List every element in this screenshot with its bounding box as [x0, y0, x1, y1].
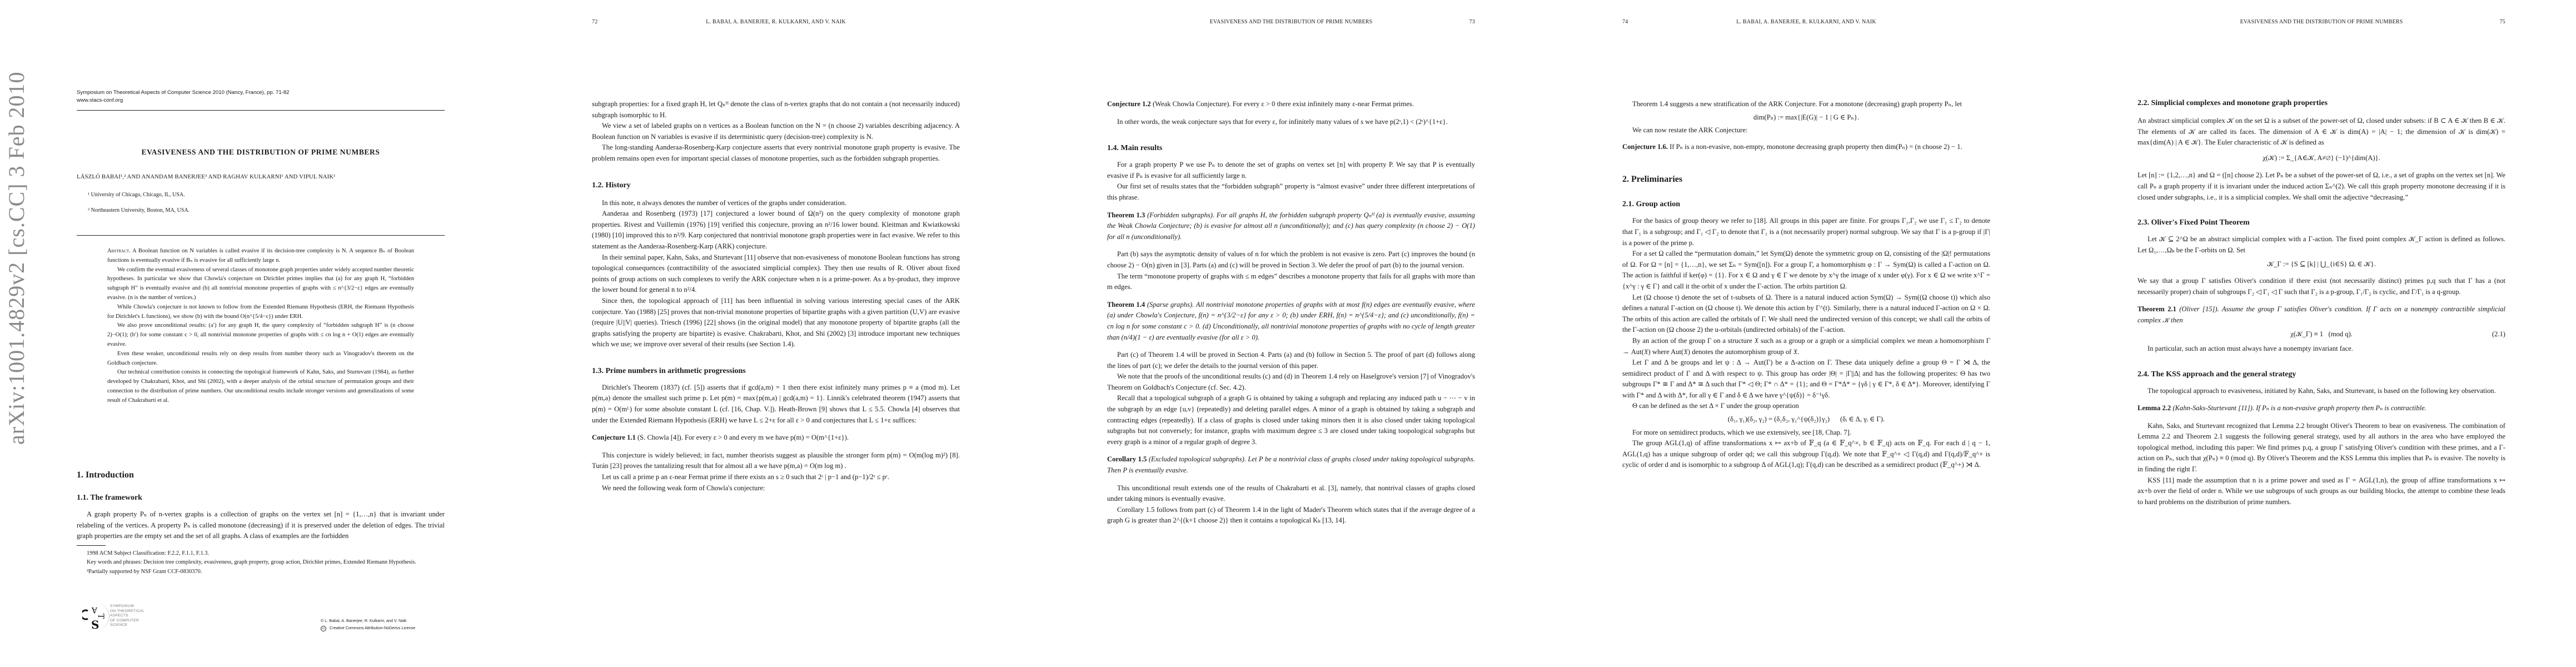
- paragraph: Recall that a topological subgraph of a …: [1107, 393, 1475, 447]
- cc-icon: cc: [321, 626, 326, 631]
- page-3-body: Conjecture 1.2 (Weak Chowla Conjecture).…: [1107, 99, 1475, 526]
- subsection-heading: 1.2. History: [592, 181, 960, 190]
- paragraph: The topological approach to evasiveness,…: [2137, 386, 2505, 397]
- paragraph: In particular, such an action must alway…: [2137, 344, 2505, 355]
- running-head-title: L. BABAI, A. BANERJEE, R. KULKARNI, AND …: [592, 19, 960, 25]
- venue-line: Symposium on Theoretical Aspects of Comp…: [77, 89, 290, 97]
- paragraph: We note that the proofs of the unconditi…: [1107, 371, 1475, 393]
- paragraph: In other words, the weak conjecture says…: [1107, 117, 1475, 128]
- page-5: EVASIVENESS AND THE DISTRIBUTION OF PRIM…: [2061, 0, 2576, 667]
- fixed-point-equation: 𝒦_Γ := {S ⊆ [k] | ⋃_{i∈S} Ωᵢ ∈ 𝒦}.: [2137, 259, 2505, 270]
- conjecture-1-6: Conjecture 1.6. If Pₙ is a non-evasive, …: [1622, 142, 1990, 153]
- corollary-1-5: Corollary 1.5 (Excluded topological subg…: [1107, 454, 1475, 476]
- paragraph: In this note, n always denotes the numbe…: [592, 198, 960, 209]
- paragraph: Let [n] := {1,2,…,n} and Ω = ([n] choose…: [2137, 170, 2505, 203]
- paragraph: Theorem 1.4 suggests a new stratificatio…: [1622, 99, 1990, 110]
- abstract-para-1: A Boolean function on N variables is cal…: [107, 248, 414, 263]
- paragraph: The group AGL(1,q) of affine transformat…: [1622, 438, 1990, 471]
- paragraph: Since then, the topological approach of …: [592, 296, 960, 350]
- subsection-heading: 1.4. Main results: [1107, 144, 1475, 153]
- paragraph: Dirichlet's Theorem (1837) (cf. [5]) ass…: [592, 382, 960, 426]
- abstract-para-4: We also prove unconditional results: (a′…: [107, 321, 414, 349]
- stacs-logo-icon: A T S: [82, 603, 109, 630]
- paragraph: Θ can be defined as the set Δ × Γ under …: [1622, 401, 1990, 412]
- subsection-heading: 1.1. The framework: [77, 494, 445, 502]
- abstract-label: Abstract.: [107, 248, 131, 254]
- paragraph: We need the following weak form of Chowl…: [592, 483, 960, 494]
- section-heading: 2. Preliminaries: [1622, 175, 1990, 185]
- license-line[interactable]: ccCreative Commons Attribution-NoDerivs …: [321, 624, 415, 631]
- paragraph: We say that a group Γ satisfies Oliver's…: [2137, 276, 2505, 297]
- running-head-title: EVASIVENESS AND THE DISTRIBUTION OF PRIM…: [1107, 19, 1475, 25]
- paragraph: This conjecture is widely believed; in f…: [592, 450, 960, 472]
- subsection-heading: 2.1. Group action: [1622, 200, 1990, 209]
- paragraph: For the basics of group theory we refer …: [1622, 216, 1990, 248]
- paragraph: For more on semidirect products, which w…: [1622, 427, 1990, 439]
- abstract-para-6: Our technical contribution consists in c…: [107, 368, 414, 405]
- page-1: arXiv:1001.4829v2 [cs.CC] 3 Feb 2010 Sym…: [0, 0, 515, 667]
- paragraph: The long-standing Aanderaa-Rosenberg-Kar…: [592, 142, 960, 164]
- subsection-heading: 2.2. Simplicial complexes and monotone g…: [2137, 99, 2505, 108]
- arxiv-stamp: arXiv:1001.4829v2 [cs.CC] 3 Feb 2010: [3, 71, 29, 445]
- paragraph: Let us call a prime p an ε-near Fermat p…: [592, 472, 960, 483]
- paragraph: Let 𝒦 ⊆ 2^Ω be an abstract simplicial co…: [2137, 234, 2505, 256]
- copyright-block: © L. Babai, A. Banerjee, R. Kulkarni, an…: [321, 617, 415, 631]
- paragraph: We can now restate the ARK Conjecture:: [1622, 125, 1990, 136]
- paragraph: Corollary 1.5 follows from part (c) of T…: [1107, 505, 1475, 526]
- section-heading: 1. Introduction: [77, 470, 445, 480]
- running-head-title: L. BABAI, A. BANERJEE, R. KULKARNI, AND …: [1622, 19, 1990, 25]
- svg-text:S: S: [91, 618, 99, 631]
- subsection-heading: 2.4. The KSS approach and the general st…: [2137, 370, 2505, 379]
- stacs-logo-text: SYMPOSIUM ON THEORETICAL ASPECTS OF COMP…: [110, 604, 145, 628]
- framework-paragraph: A graph property Pₙ of n-vertex graphs i…: [77, 509, 445, 542]
- conjecture-1-2: Conjecture 1.2 (Weak Chowla Conjecture).…: [1107, 99, 1475, 110]
- venue-header: Symposium on Theoretical Aspects of Comp…: [77, 89, 290, 104]
- footnote-rule: [77, 545, 106, 546]
- abstract-top-rule: [77, 235, 445, 236]
- theorem-2-1-equation: χ(𝒦_Γ) ≡ 1 (mod q). (2.1): [2137, 329, 2505, 340]
- paragraph: Aanderaa and Rosenberg (1973) [17] conje…: [592, 208, 960, 252]
- paragraph: Let Γ and Δ be groups and let ψ : Δ → Au…: [1622, 357, 1990, 401]
- equation-number: (2.1): [2492, 329, 2505, 340]
- footnote-keywords: Key words and phrases: Decision tree com…: [77, 558, 445, 568]
- abstract-para-5: Even these weaker, unconditional results…: [107, 350, 414, 369]
- copyright-line: © L. Babai, A. Banerjee, R. Kulkarni, an…: [321, 617, 415, 624]
- stacs-logo: A T S SYMPOSIUM ON THEORETICAL ASPECTS O…: [82, 603, 193, 632]
- paragraph: The term “monotone property of graphs wi…: [1107, 271, 1475, 293]
- theorem-2-1: Theorem 2.1 (Oliver [15]). Assume the gr…: [2137, 304, 2505, 326]
- page-4-body: Theorem 1.4 suggests a new stratificatio…: [1622, 99, 1990, 471]
- paragraph: subgraph properties: for a fixed graph H…: [592, 99, 960, 121]
- paragraph: By an action of the group Γ on a structu…: [1622, 336, 1990, 357]
- page-2: 72 L. BABAI, A. BANERJEE, R. KULKARNI, A…: [515, 0, 1030, 667]
- footnote-grant: ²Partially supported by NSF Grant CCF-08…: [77, 568, 445, 577]
- paragraph: An abstract simplicial complex 𝒦 on the …: [2137, 116, 2505, 148]
- svg-text:A: A: [91, 605, 98, 614]
- subsection-heading: 2.3. Oliver's Fixed Point Theorem: [2137, 218, 2505, 227]
- running-head-title: EVASIVENESS AND THE DISTRIBUTION OF PRIM…: [2137, 19, 2505, 25]
- introduction: 1. Introduction 1.1. The framework A gra…: [77, 470, 445, 576]
- paragraph: We view a set of labeled graphs on n ver…: [592, 121, 960, 142]
- page-3: EVASIVENESS AND THE DISTRIBUTION OF PRIM…: [1030, 0, 1546, 667]
- paragraph: Our first set of results states that the…: [1107, 181, 1475, 203]
- paper-title: EVASIVENESS AND THE DISTRIBUTION OF PRIM…: [77, 148, 445, 157]
- affiliation-2: ³ Northeastern University, Boston, MA, U…: [88, 207, 190, 213]
- lemma-2-2: Lemma 2.2 (Kahn-Saks-Sturtevant [11]). I…: [2137, 403, 2505, 414]
- paragraph: Part (c) of Theorem 1.4 will be proved i…: [1107, 350, 1475, 371]
- page-number: 75: [2500, 19, 2505, 25]
- dim-equation: dim(Pₙ) := max{|E(G)| − 1 | G ∈ Pₙ}.: [1622, 112, 1990, 123]
- theorem-1-4: Theorem 1.4 (Sparse graphs). All nontriv…: [1107, 300, 1475, 343]
- subsection-heading: 1.3. Prime numbers in arithmetic progres…: [592, 367, 960, 376]
- affiliation-1: ¹ University of Chicago, Chicago, IL, US…: [88, 192, 185, 198]
- page-2-body: subgraph properties: for a fixed graph H…: [592, 99, 960, 494]
- paragraph: Part (b) says the asymptotic density of …: [1107, 249, 1475, 271]
- footnote-acm: 1998 ACM Subject Classification: F.2.2, …: [77, 549, 445, 559]
- abstract-para-2: We confirm the eventual evasiveness of s…: [107, 266, 414, 303]
- paragraph: Let (Ω choose t) denote the set of t-sub…: [1622, 292, 1990, 336]
- paragraph: In their seminal paper, Kahn, Saks, and …: [592, 252, 960, 296]
- paragraph: Kahn, Saks, and Sturtevant recognized th…: [2137, 421, 2505, 475]
- semidirect-equation: (δ₁, γ₁)(δ₂, γ₂) = (δ₁δ₂, γ₁^{ψ(δ₂)}γ₂) …: [1622, 414, 1990, 425]
- paragraph: For a graph property P we use Pₙ to deno…: [1107, 160, 1475, 181]
- euler-equation: χ(𝒦) := Σ_{A∈𝒦, A≠∅} (−1)^{dim(A)}.: [2137, 153, 2505, 164]
- header-rule: [77, 110, 445, 111]
- venue-url[interactable]: www.stacs-conf.org: [77, 97, 290, 104]
- page-5-body: 2.2. Simplicial complexes and monotone g…: [2137, 99, 2505, 507]
- page-number: 73: [1469, 19, 1475, 25]
- author-list: LÁSZLÓ BABAI¹,² AND ANANDAM BANERJEE³ AN…: [77, 173, 336, 180]
- abstract-para-3: While Chowla's conjecture is not known t…: [107, 303, 414, 322]
- abstract: Abstract. A Boolean function on N variab…: [107, 247, 414, 406]
- conjecture-1-1: Conjecture 1.1 (S. Chowla [4]). For ever…: [592, 432, 960, 444]
- theorem-1-3: Theorem 1.3 (Forbidden subgraphs). For a…: [1107, 210, 1475, 243]
- paragraph: This unconditional result extends one of…: [1107, 483, 1475, 505]
- paragraph: KSS [11] made the assumption that n is a…: [2137, 475, 2505, 508]
- page-4: 74 L. BABAI, A. BANERJEE, R. KULKARNI, A…: [1546, 0, 2061, 667]
- paragraph: For a set Ω called the “permutation doma…: [1622, 248, 1990, 292]
